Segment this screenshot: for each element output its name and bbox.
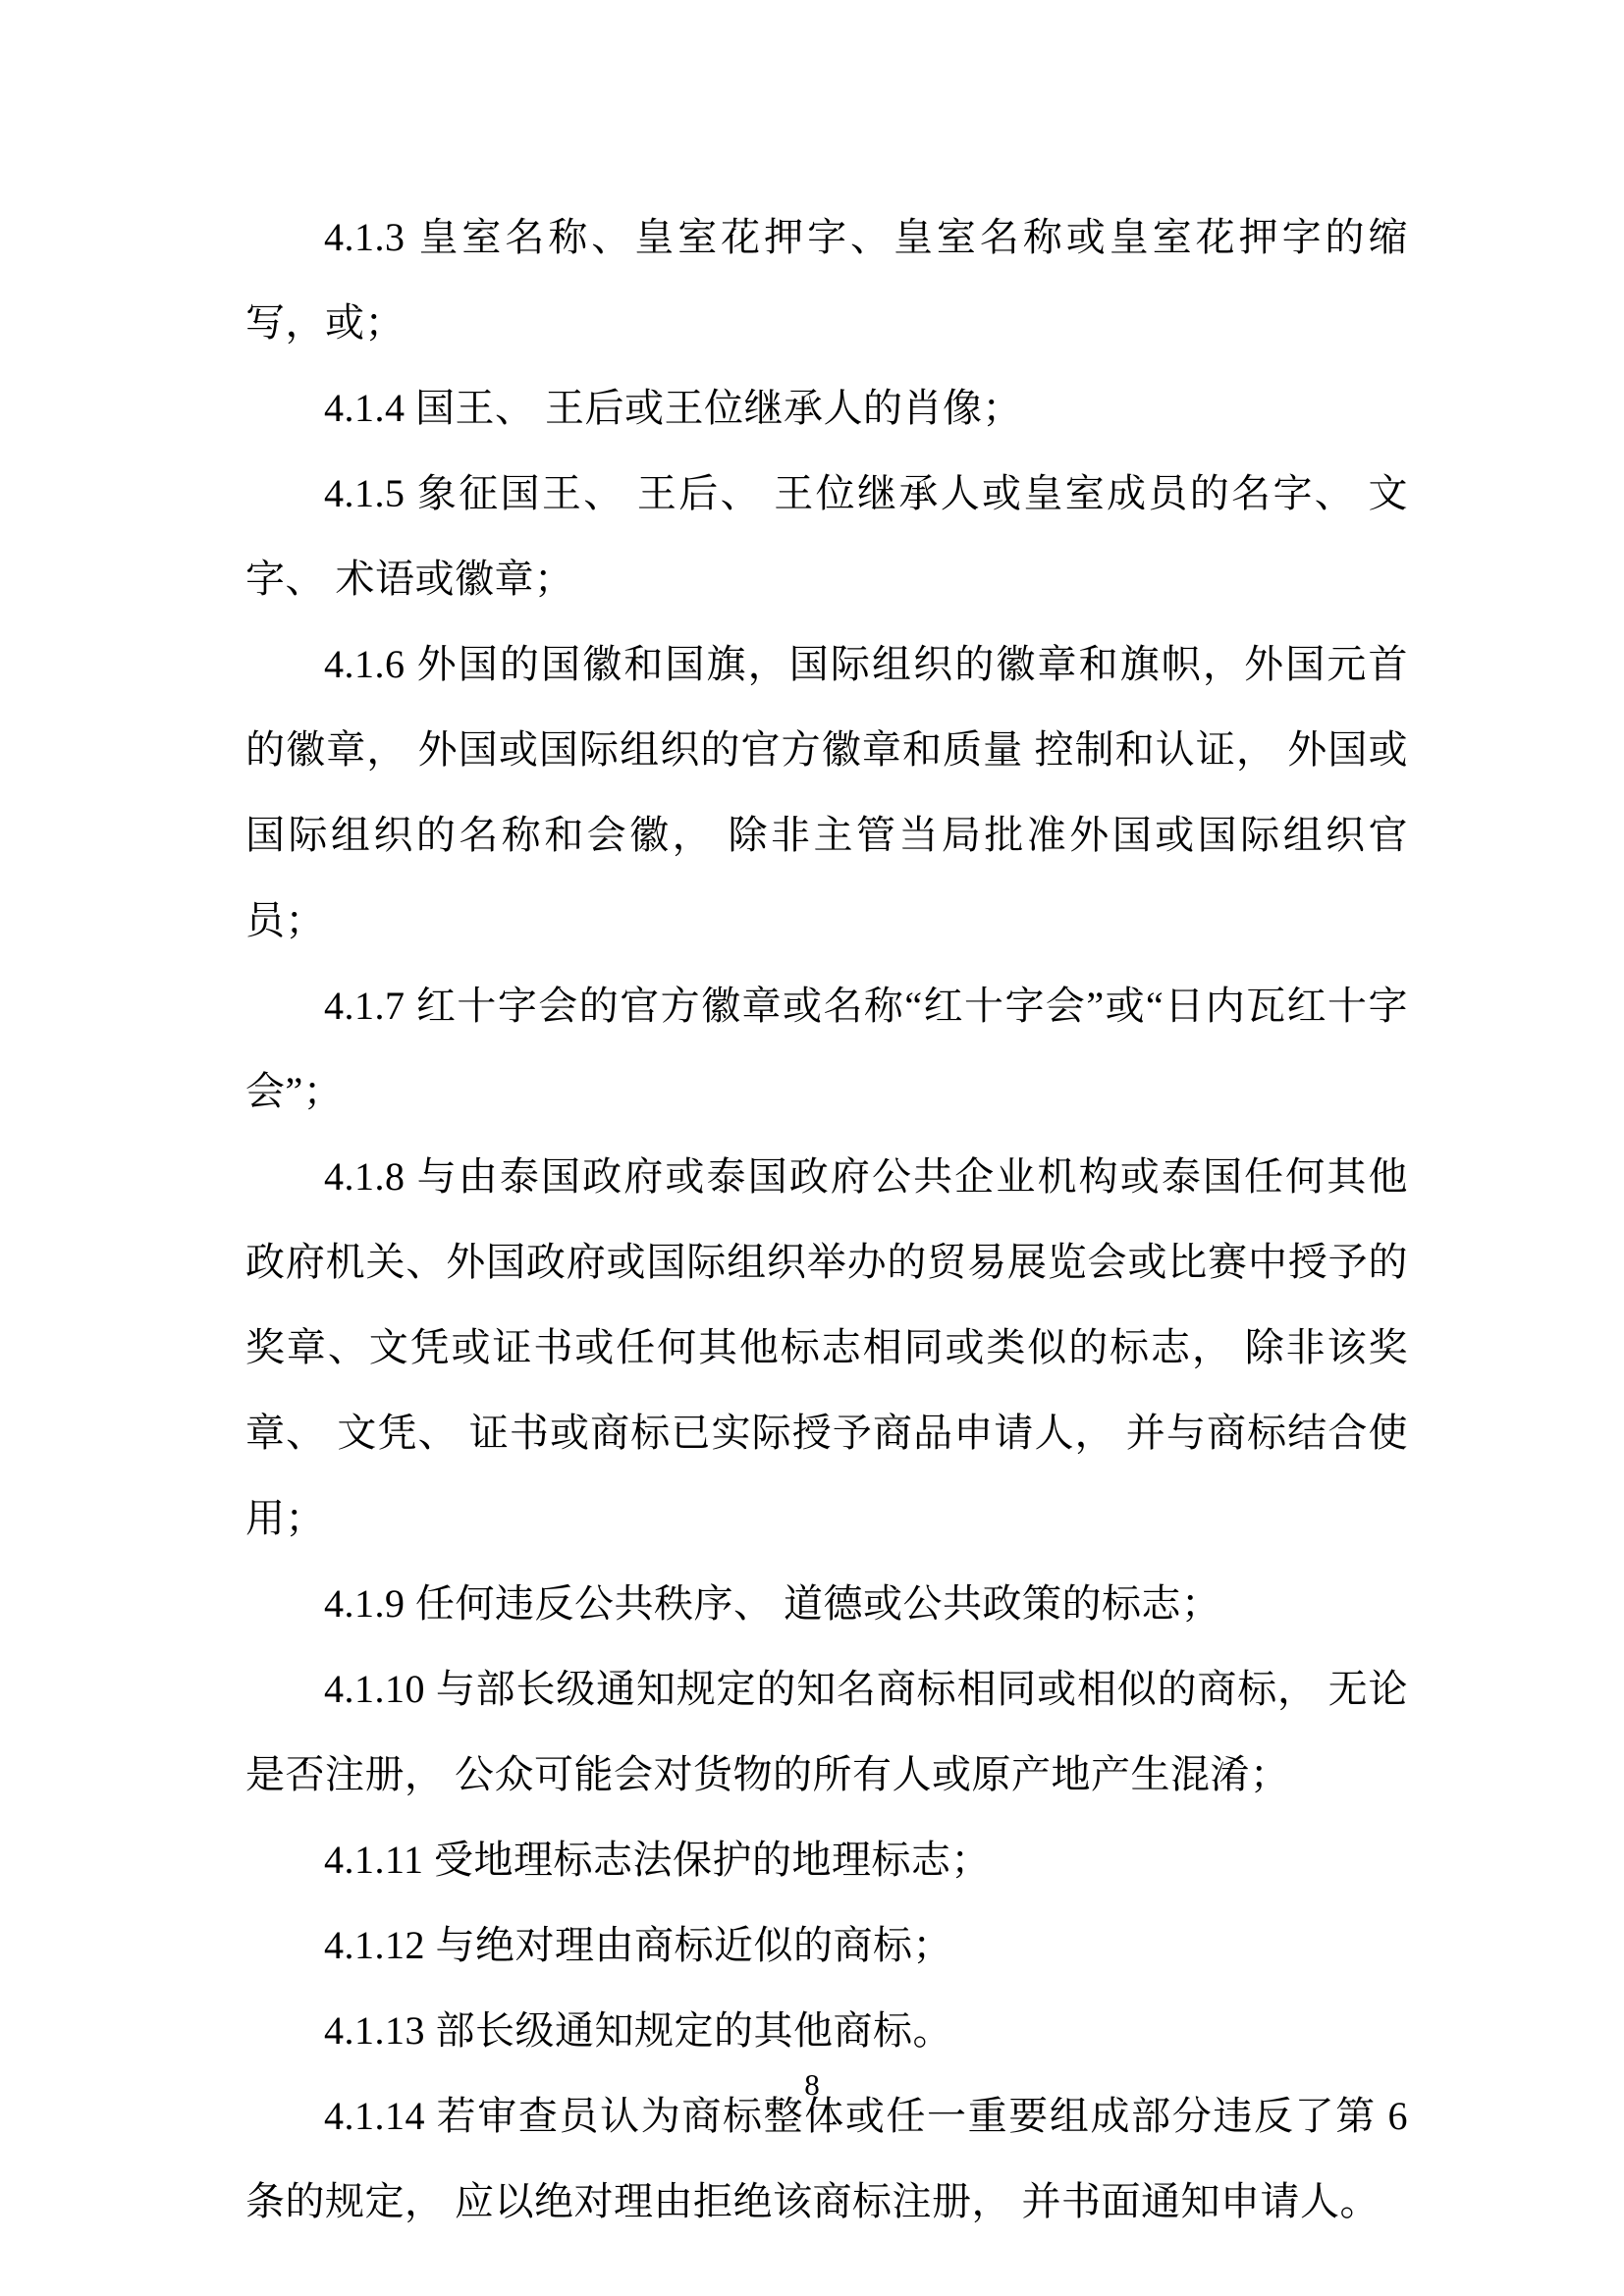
clause-4-1-12: 4.1.12 与绝对理由商标近似的商标； (245, 1902, 1408, 1988)
clause-4-1-10: 4.1.10 与部长级通知规定的知名商标相同或相似的商标， 无论是否注册， 公众… (245, 1646, 1408, 1817)
document-body: 4.1.3 皇室名称、皇室花押字、皇室名称或皇室花押字的缩写，或； 4.1.4 … (245, 194, 1408, 2244)
clause-4-1-9: 4.1.9 任何违反公共秩序、 道德或公共政策的标志； (245, 1561, 1408, 1646)
page-number: 8 (804, 2068, 820, 2102)
page-footer: 8 (0, 2068, 1624, 2102)
clause-4-1-4: 4.1.4 国王、 王后或王位继承人的肖像； (245, 365, 1408, 451)
clause-4-1-8: 4.1.8 与由泰国政府或泰国政府公共企业机构或泰国任何其他政府机关、外国政府或… (245, 1134, 1408, 1561)
document-page: 4.1.3 皇室名称、皇室花押字、皇室名称或皇室花押字的缩写，或； 4.1.4 … (0, 0, 1624, 2296)
clause-4-1-11: 4.1.11 受地理标志法保护的地理标志； (245, 1817, 1408, 1902)
clause-4-1-5: 4.1.5 象征国王、 王后、 王位继承人或皇室成员的名字、 文字、 术语或徽章… (245, 451, 1408, 621)
clause-4-1-6: 4.1.6 外国的国徽和国旗，国际组织的徽章和旗帜，外国元首的徽章， 外国或国际… (245, 621, 1408, 963)
clause-4-1-7: 4.1.7 红十字会的官方徽章或名称“红十字会”或“日内瓦红十字会”； (245, 963, 1408, 1134)
clause-4-1-13: 4.1.13 部长级通知规定的其他商标。 (245, 1988, 1408, 2073)
clause-4-1-3: 4.1.3 皇室名称、皇室花押字、皇室名称或皇室花押字的缩写，或； (245, 194, 1408, 365)
